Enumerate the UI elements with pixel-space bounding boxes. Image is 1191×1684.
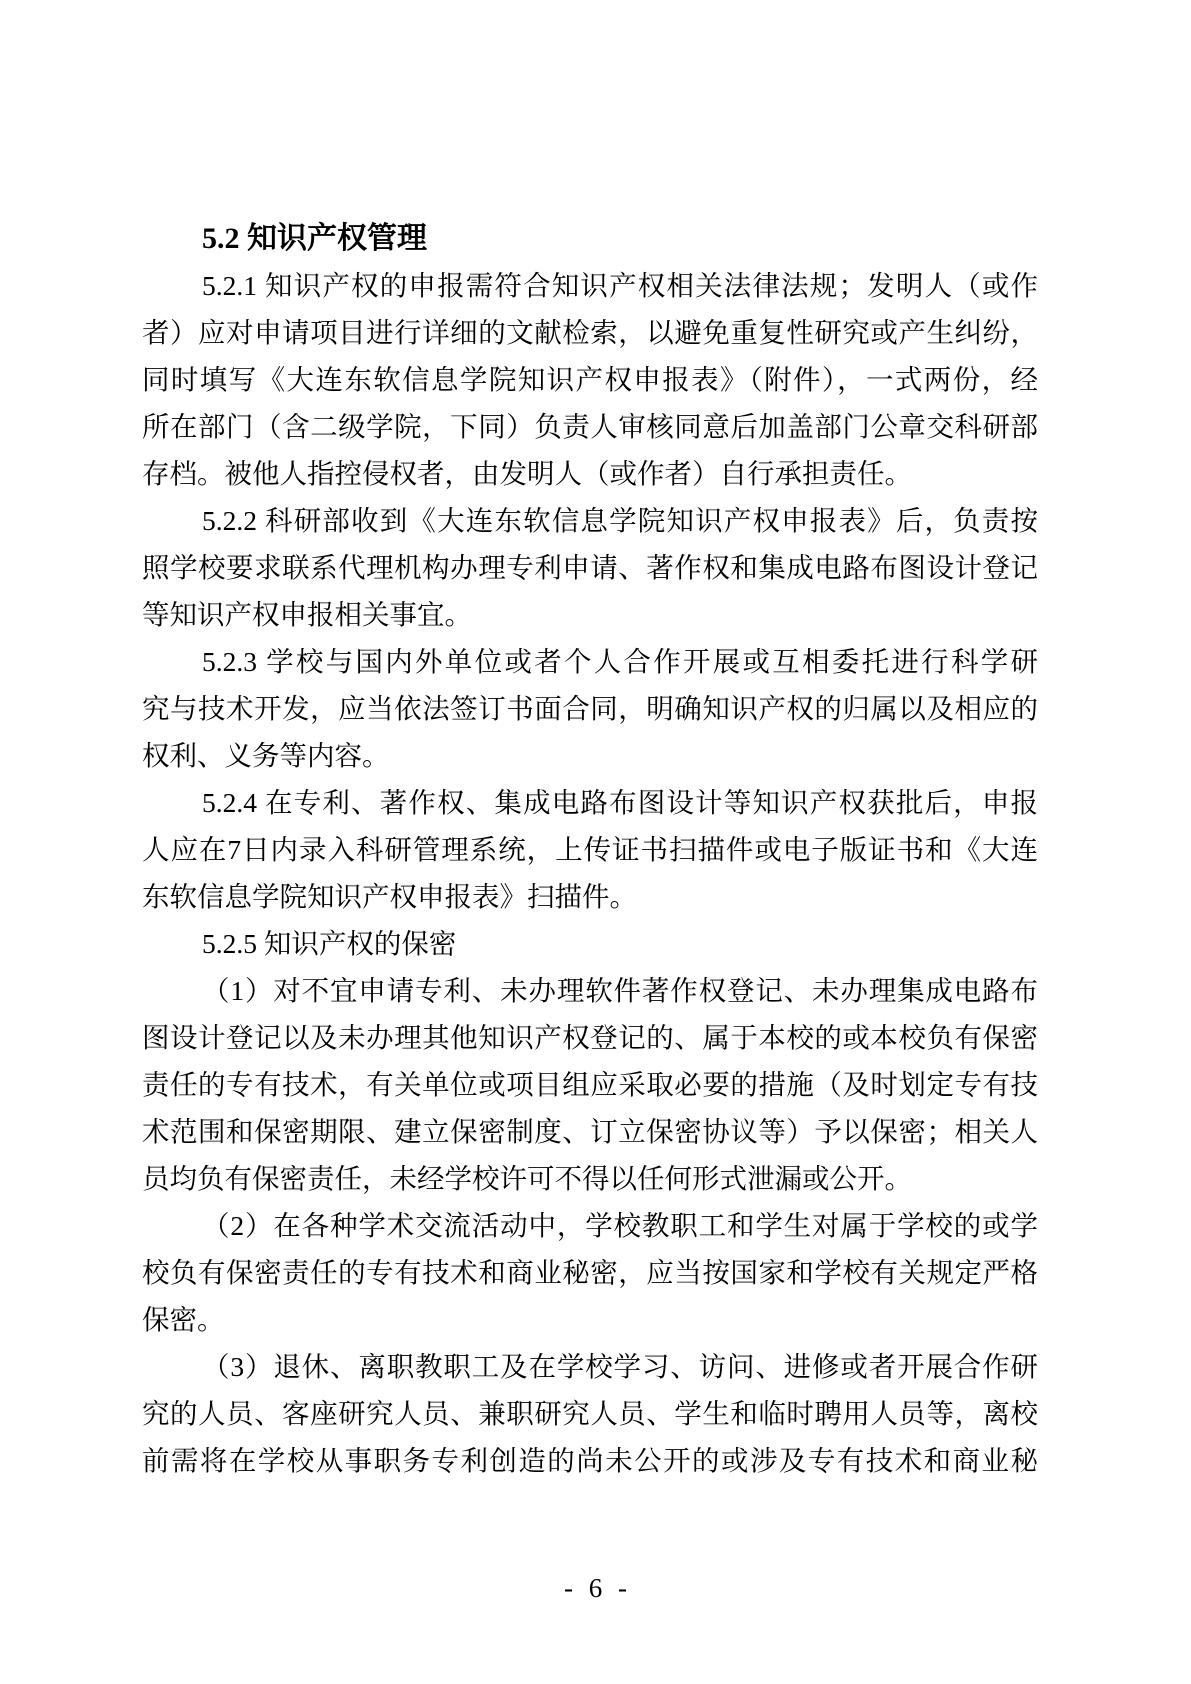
paragraph-5-2-2: 5.2.2 科研部收到《大连东软信息学院知识产权申报表》后，负责按 照学校要求联… — [142, 497, 1038, 638]
text-line: 5.2.4 在专利、著作权、集成电路布图设计等知识产权获批后，申报 — [142, 779, 1038, 826]
text-line: 所在部门（含二级学院，下同）负责人审核同意后加盖部门公章交科研部 — [142, 403, 1038, 450]
text-line: 保密。 — [142, 1296, 1038, 1343]
text-line: 5.2.3 学校与国内外单位或者个人合作开展或互相委托进行科学研 — [142, 638, 1038, 685]
text-line: 人应在7日内录入科研管理系统，上传证书扫描件或电子版证书和《大连 — [142, 826, 1038, 873]
text-line: 员均负有保密责任，未经学校许可不得以任何形式泄漏或公开。 — [142, 1155, 1038, 1202]
paragraph-5-2-3: 5.2.3 学校与国内外单位或者个人合作开展或互相委托进行科学研 究与技术开发，… — [142, 638, 1038, 779]
text-line: 5.2.5 知识产权的保密 — [142, 920, 1038, 967]
text-line: 图设计登记以及未办理其他知识产权登记的、属于本校的或本校负有保密 — [142, 1014, 1038, 1061]
text-line: 究与技术开发，应当依法签订书面合同，明确知识产权的归属以及相应的 — [142, 685, 1038, 732]
text-line: 者）应对申请项目进行详细的文献检索，以避免重复性研究或产生纠纷， — [142, 309, 1038, 356]
paragraph-5-2-5: 5.2.5 知识产权的保密 — [142, 920, 1038, 967]
text-line: （2）在各种学术交流活动中，学校教职工和学生对属于学校的或学 — [142, 1202, 1038, 1249]
text-line: 前需将在学校从事职务专利创造的尚未公开的或涉及专有技术和商业秘 — [142, 1437, 1038, 1484]
paragraph-item-1: （1）对不宜申请专利、未办理软件著作权登记、未办理集成电路布 图设计登记以及未办… — [142, 967, 1038, 1202]
page-number: - 6 - — [0, 1572, 1191, 1604]
section-heading-text: 5.2 知识产权管理 — [142, 215, 1038, 262]
text-line: 5.2.2 科研部收到《大连东软信息学院知识产权申报表》后，负责按 — [142, 497, 1038, 544]
text-line: （3）退休、离职教职工及在学校学习、访问、进修或者开展合作研 — [142, 1343, 1038, 1390]
paragraph-5-2-4: 5.2.4 在专利、著作权、集成电路布图设计等知识产权获批后，申报 人应在7日内… — [142, 779, 1038, 920]
text-line: 存档。被他人指控侵权者，由发明人（或作者）自行承担责任。 — [142, 450, 1038, 497]
text-line: 权利、义务等内容。 — [142, 732, 1038, 779]
text-line: 责任的专有技术，有关单位或项目组应采取必要的措施（及时划定专有技 — [142, 1061, 1038, 1108]
document-body: 5.2 知识产权管理 5.2.1 知识产权的申报需符合知识产权相关法律法规；发明… — [142, 215, 1038, 1484]
text-line: 照学校要求联系代理机构办理专利申请、著作权和集成电路布图设计登记 — [142, 544, 1038, 591]
paragraph-5-2-1: 5.2.1 知识产权的申报需符合知识产权相关法律法规；发明人（或作 者）应对申请… — [142, 262, 1038, 497]
text-line: 术范围和保密期限、建立保密制度、订立保密协议等）予以保密；相关人 — [142, 1108, 1038, 1155]
text-line: 同时填写《大连东软信息学院知识产权申报表》（附件），一式两份，经 — [142, 356, 1038, 403]
text-line: （1）对不宜申请专利、未办理软件著作权登记、未办理集成电路布 — [142, 967, 1038, 1014]
document-page: 5.2 知识产权管理 5.2.1 知识产权的申报需符合知识产权相关法律法规；发明… — [0, 0, 1191, 1684]
text-line: 等知识产权申报相关事宜。 — [142, 591, 1038, 638]
text-line: 东软信息学院知识产权申报表》扫描件。 — [142, 873, 1038, 920]
text-line: 5.2.1 知识产权的申报需符合知识产权相关法律法规；发明人（或作 — [142, 262, 1038, 309]
section-heading: 5.2 知识产权管理 — [142, 215, 1038, 262]
text-line: 校负有保密责任的专有技术和商业秘密，应当按国家和学校有关规定严格 — [142, 1249, 1038, 1296]
paragraph-item-2: （2）在各种学术交流活动中，学校教职工和学生对属于学校的或学 校负有保密责任的专… — [142, 1202, 1038, 1343]
text-line: 究的人员、客座研究人员、兼职研究人员、学生和临时聘用人员等，离校 — [142, 1390, 1038, 1437]
paragraph-item-3: （3）退休、离职教职工及在学校学习、访问、进修或者开展合作研 究的人员、客座研究… — [142, 1343, 1038, 1484]
